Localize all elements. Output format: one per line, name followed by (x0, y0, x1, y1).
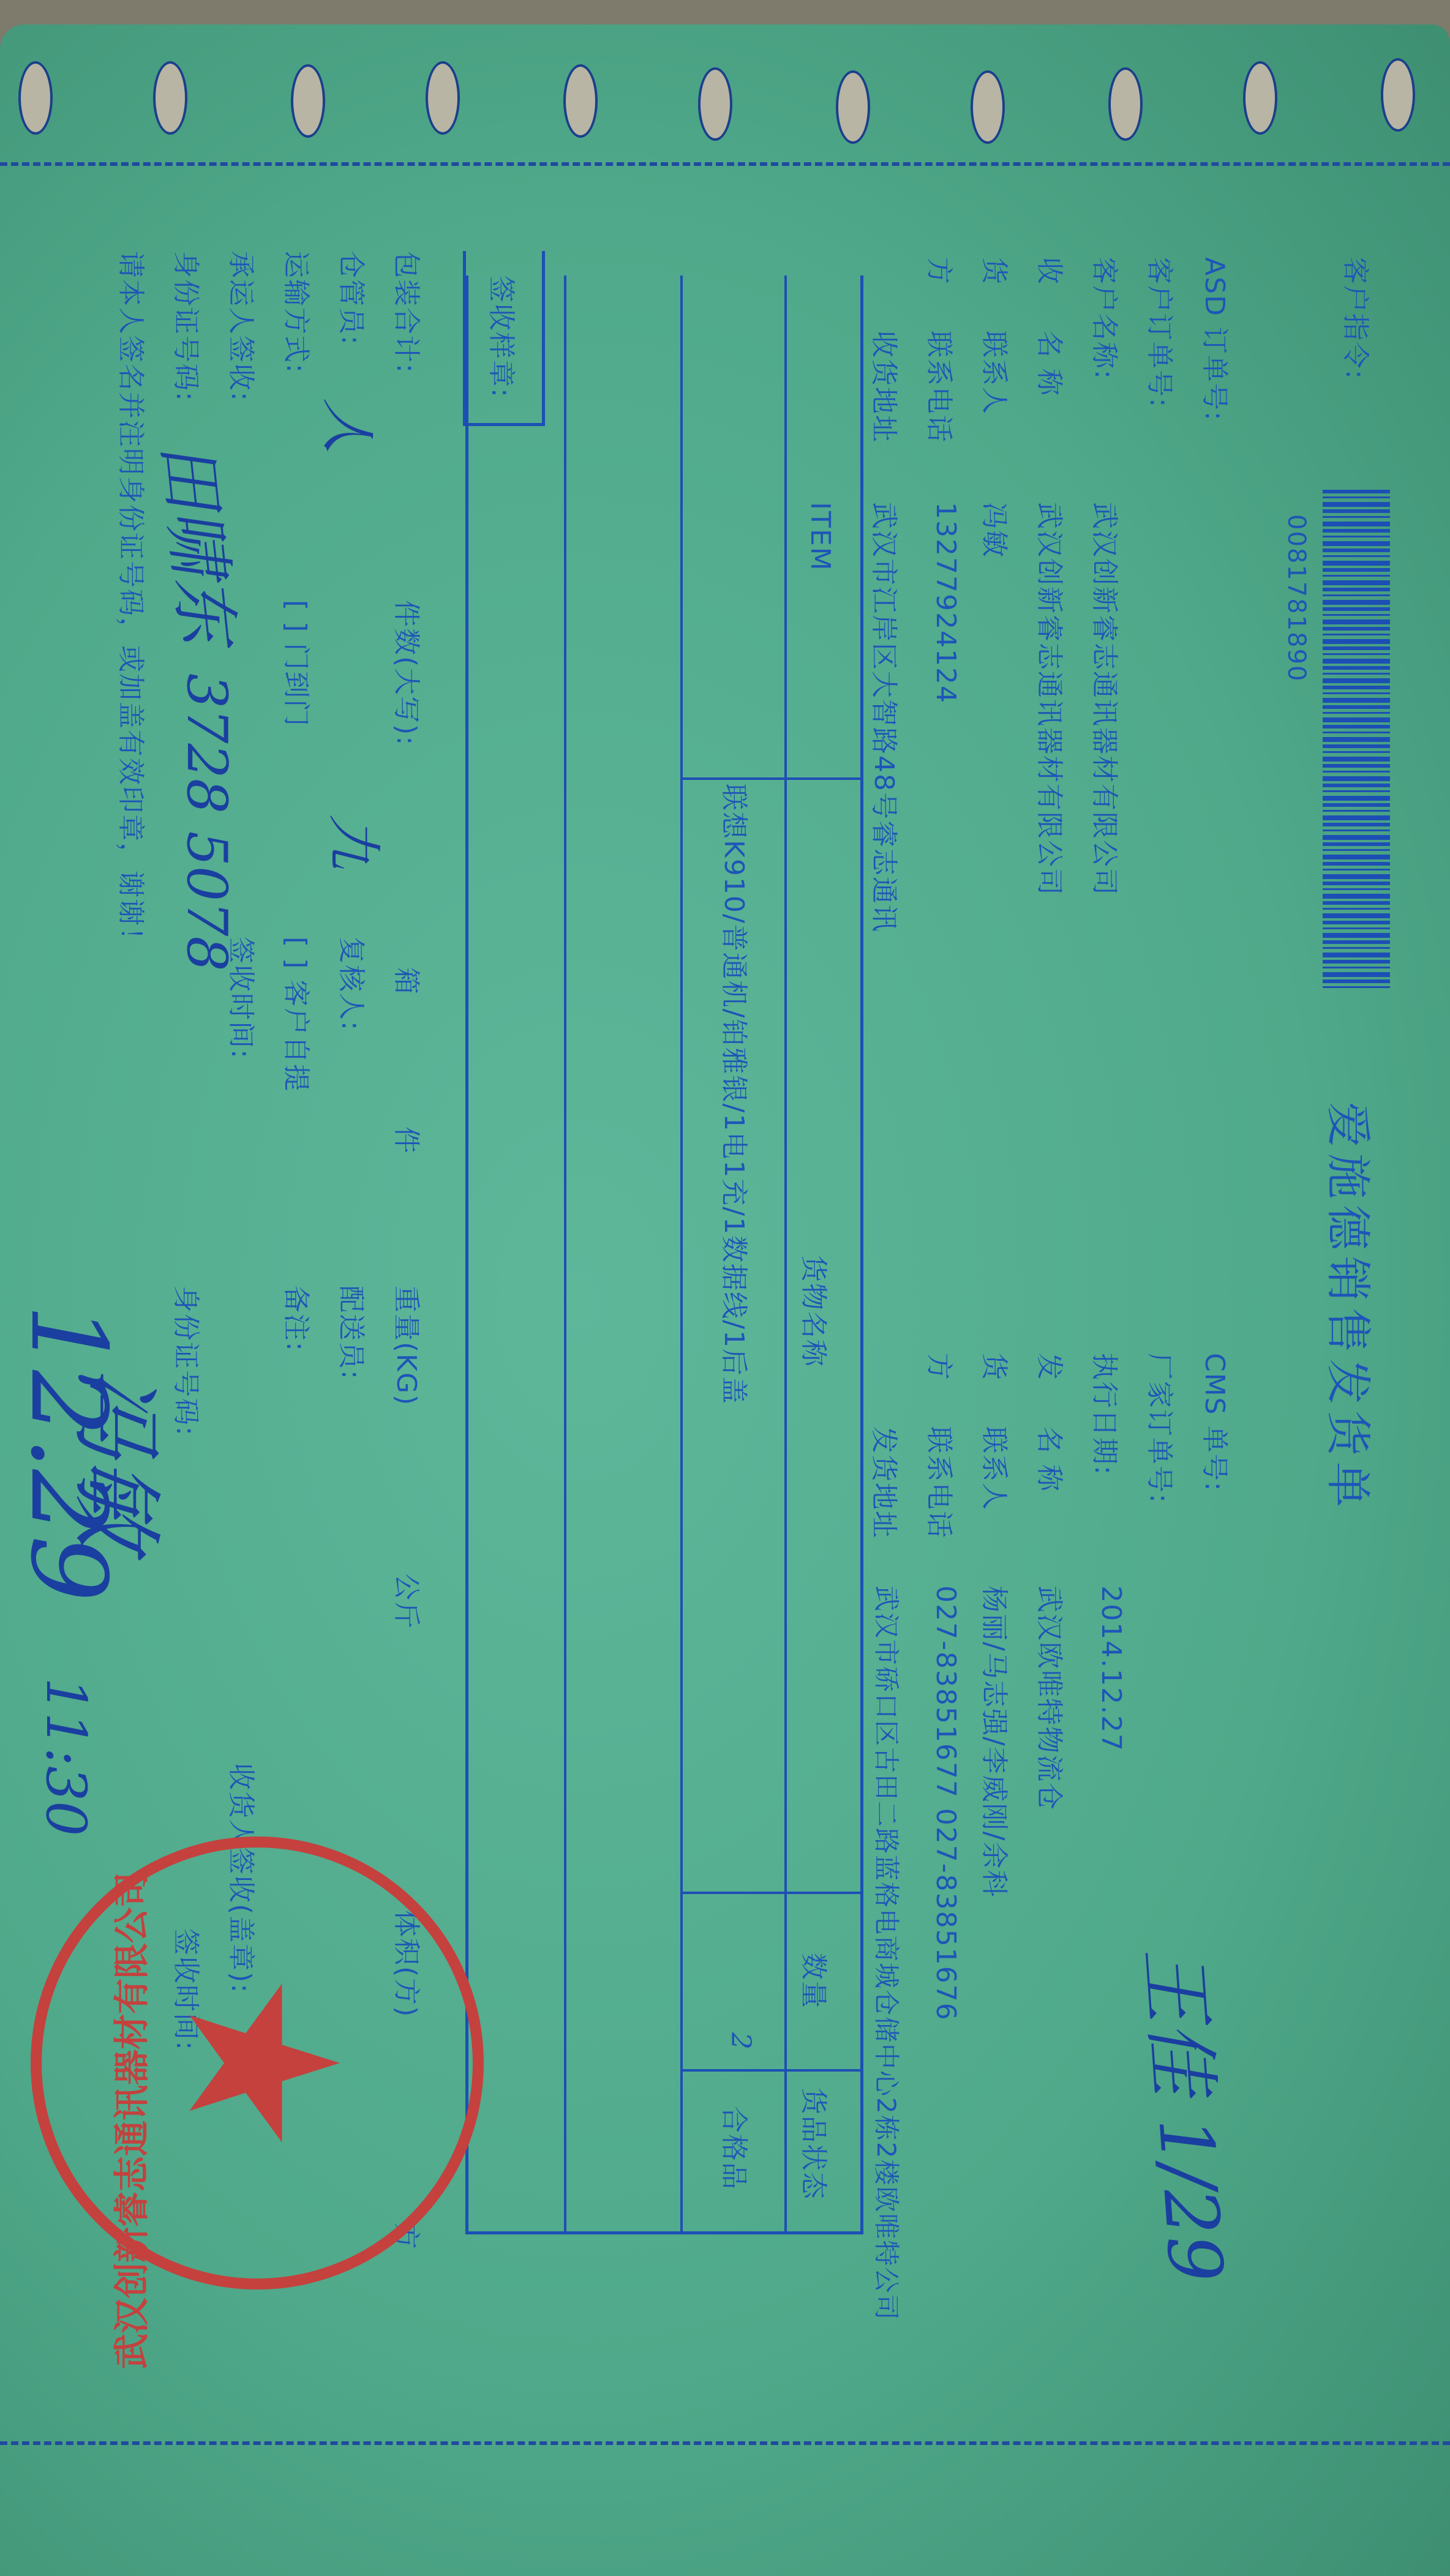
self-pickup-option[interactable]: [ ] 客户自提 (279, 937, 318, 1092)
perforation-line (0, 162, 1450, 166)
sender-side-char: 发 (1032, 1353, 1072, 1381)
receiver-company-label: 名 称 (1032, 331, 1072, 397)
company-seal: 武汉创新睿志通讯器材有限公司 (31, 1837, 484, 2290)
box-unit: 箱 (389, 967, 429, 995)
kg-unit: 公斤 (389, 1573, 429, 1630)
sender-company-label: 名 称 (1032, 1426, 1072, 1492)
receiver-date: 12.29 (7, 1304, 129, 1602)
carrier-id-digits: 3728 5078 (175, 673, 239, 972)
slip-content-rotated: 爱施德销售发货单 客户指令: 0081781890 ASD 订单号: 客户订单号… (86, 171, 1402, 2436)
header-goods-name: 货物名称 (797, 1255, 836, 1368)
barcode (1323, 490, 1390, 992)
feed-hole (563, 64, 598, 138)
transport-label: 运输方式: (279, 251, 318, 374)
dispatcher-label: 配送员: (334, 1286, 374, 1380)
sender-address-label: 发货地址 (867, 1426, 906, 1539)
sender-side-char: 方 (922, 1353, 961, 1381)
remarks-label: 备注: (279, 1286, 318, 1352)
warehouse-keeper-label: 仓管员: (334, 251, 374, 346)
cms-order-label: CMS 单号: (1198, 1353, 1237, 1492)
exec-date-label: 执行日期: (1087, 1353, 1127, 1476)
piece-unit: 件 (389, 1126, 429, 1155)
feed-hole (1243, 61, 1277, 135)
factory-order-label: 厂家订单号: (1143, 1353, 1182, 1504)
id-number-label: 身份证号码: (169, 251, 208, 402)
seal-text: 武汉创新睿志通讯器材有限公司 (103, 1872, 154, 2369)
weight-label: 重量(KG) (389, 1286, 429, 1406)
feed-hole (18, 61, 53, 135)
exec-date-value: 2014.12.27 (1095, 1586, 1127, 1752)
header-item: ITEM (805, 502, 836, 572)
feed-hole (426, 61, 460, 135)
door-to-door-option[interactable]: [ ] 门到门 (279, 600, 318, 727)
sender-side-char: 货 (977, 1353, 1016, 1381)
package-total-label: 包装合计: (389, 251, 429, 374)
receiver-time: 11:30 (34, 1677, 98, 1836)
receiver-address-value: 武汉市江岸区大智路48号睿志通讯 (867, 502, 906, 933)
customer-name-label: 客户名称: (1087, 257, 1127, 380)
carrier-signature: 田啸东 (144, 436, 261, 648)
row-quantity: 2 (725, 2032, 756, 2051)
receiver-phone-label: 联系电话 (922, 331, 961, 443)
handwritten-note: 王佳 1/29 (1126, 1944, 1255, 2285)
feed-hole (836, 70, 870, 144)
asd-order-label: ASD 订单号: (1198, 257, 1237, 422)
receiver-contact-value: 冯敏 (977, 502, 1016, 558)
row-goods-name: 联想K910/普通机/铂雅银/1电1充/1数据线/1后盖 (717, 784, 756, 1405)
receiver-side-char: 收 (1032, 257, 1072, 285)
table-row-divider (564, 275, 566, 2231)
row-status: 合格品 (717, 2106, 756, 2190)
table-row-divider (680, 275, 683, 2231)
table-col-divider (683, 1892, 860, 1894)
receiver-address-label: 收货地址 (867, 331, 906, 443)
header-status: 货品状态 (797, 2087, 836, 2200)
sender-phone-label: 联系电话 (922, 1426, 961, 1539)
notice-text: 请本人签名并注明身份证号码，或加盖有效印章，谢谢！ (114, 251, 153, 955)
customer-instruction-label: 客户指令: (1339, 257, 1378, 380)
feed-hole (153, 61, 187, 135)
seal-star-icon (175, 1980, 340, 2146)
carrier-sign-label: 承运人签收: (224, 251, 263, 402)
warehouse-keeper-initial: 人 (312, 398, 392, 453)
barcode-number: 0081781890 (1282, 514, 1310, 683)
reviewer-initial: 九 (318, 814, 398, 869)
pieces-label: 件数(大写): (389, 600, 429, 746)
sender-contact-label: 联系人 (977, 1426, 1016, 1511)
receiver-side-char: 方 (922, 257, 961, 285)
header-quantity: 数量 (797, 1953, 836, 2009)
items-table: ITEM 货物名称 数量 货品状态 联想K910/普通机/铂雅银/1电1充/1数… (465, 275, 863, 2234)
feed-hole (291, 64, 325, 138)
sender-phone-value: 027-83851677 027-83851676 (930, 1586, 961, 2021)
sender-contact-value: 杨丽/马志强/李威刚/余科 (977, 1586, 1016, 1898)
receiver-contact-label: 联系人 (977, 331, 1016, 415)
feed-hole (698, 67, 732, 141)
tractor-feed-top (0, 24, 1450, 165)
feed-hole (1108, 67, 1143, 141)
stamp-sample-label: 签收样章: (463, 251, 545, 426)
receiver-side-char: 货 (977, 257, 1016, 285)
receiver-phone-value: 13277924124 (930, 502, 961, 704)
table-col-divider (683, 2069, 860, 2072)
table-col-divider (683, 777, 860, 780)
customer-order-label: 客户订单号: (1143, 257, 1182, 408)
reviewer-label: 复核人: (334, 937, 374, 1032)
table-row-divider (784, 275, 787, 2231)
feed-hole (1381, 58, 1415, 132)
receiver-company-value: 武汉创新睿志通讯器材有限公司 (1032, 502, 1072, 896)
feed-hole (971, 70, 1005, 144)
tractor-feed-bottom (0, 2435, 1450, 2576)
document-title: 爱施德销售发货单 (1319, 1102, 1384, 1513)
perforation-line (0, 2441, 1450, 2445)
sender-company-value: 武汉欧唯特物流仓 (1032, 1586, 1072, 1811)
sender-address-value: 武汉市硚口区古田二路蓝格电商城仓储中心2栋2楼欧唯特公司 (870, 1586, 906, 2321)
customer-name-value: 武汉创新睿志通讯器材有限公司 (1087, 502, 1127, 896)
